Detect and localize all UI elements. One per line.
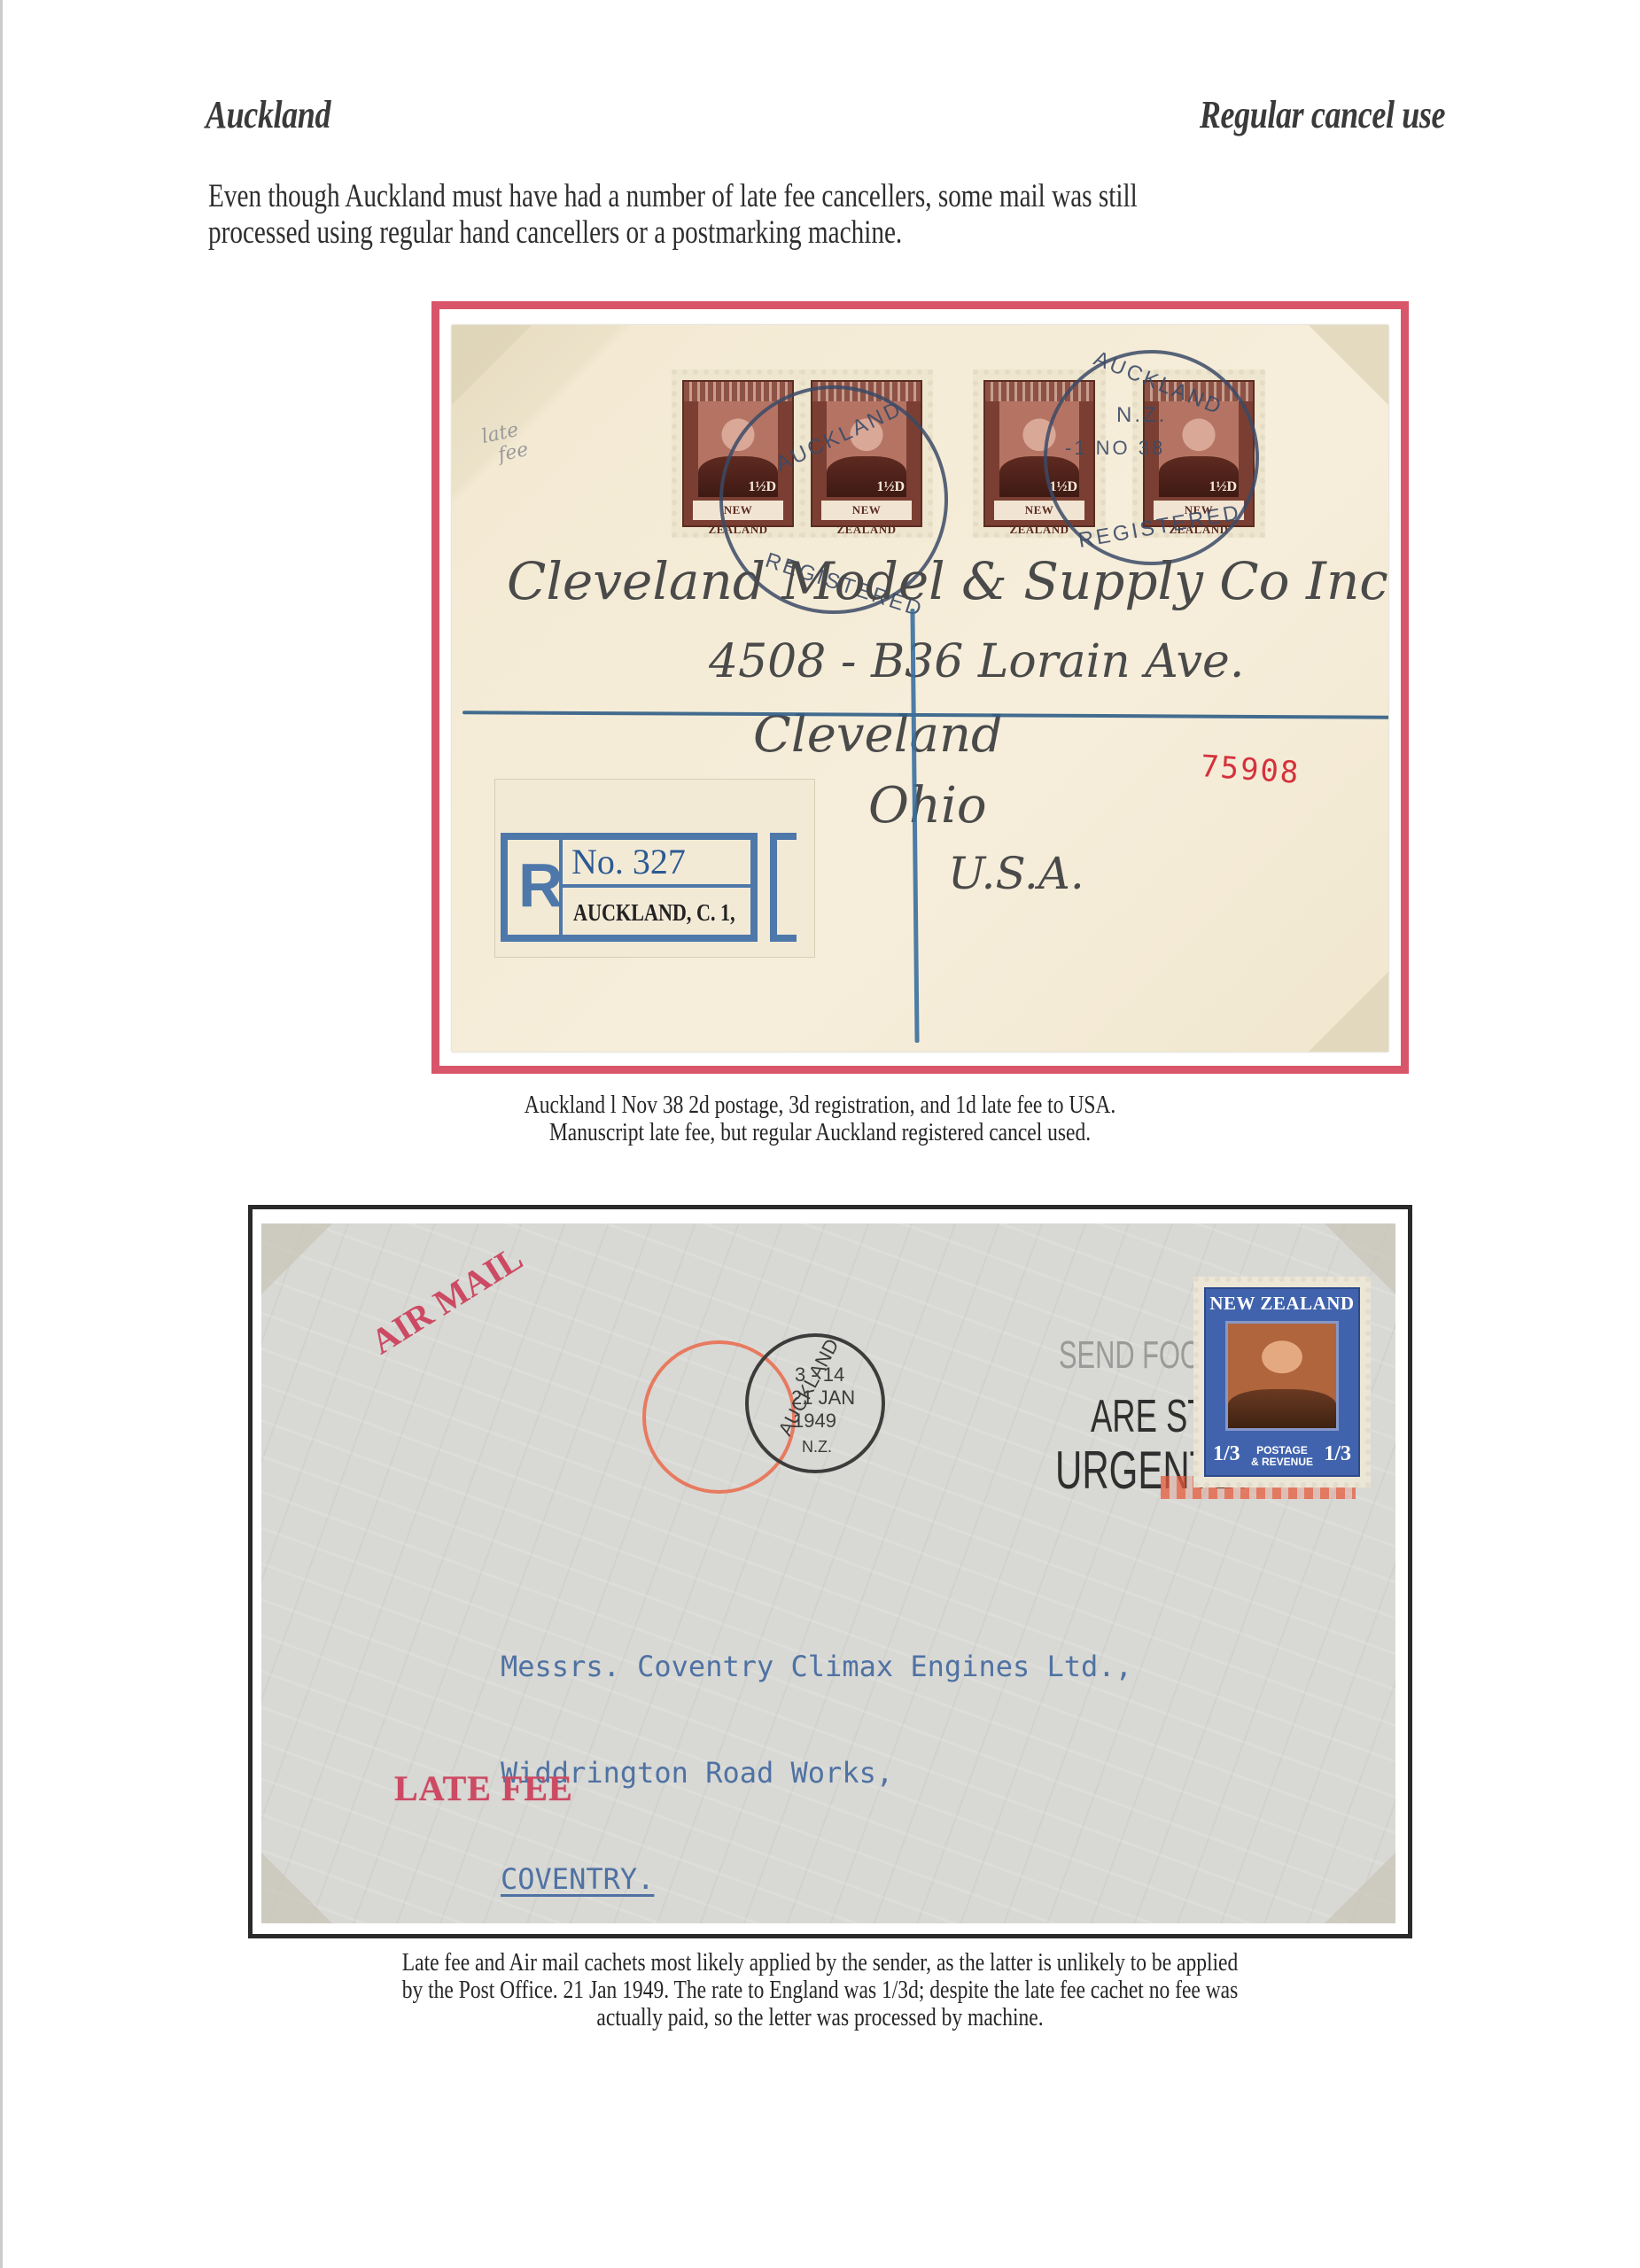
registration-label: R No. 327 AUCKLAND, C. 1,: [494, 779, 815, 958]
typed-address: Messrs. Coventry Climax Engines Ltd., Wi…: [501, 1578, 1132, 1923]
address-line: Messrs. Coventry Climax Engines Ltd.,: [501, 1649, 1132, 1684]
cover-2-envelope: AIR MAIL AUCKLAND 3 - 14 21 JAN 1949 N.Z…: [261, 1223, 1395, 1923]
registration-label-stub: [770, 833, 797, 942]
stamp-value: 1/3: [1213, 1442, 1240, 1466]
mount-corner: [452, 325, 532, 405]
stamp-kgvi-1s3d: NEW ZEALAND 1/3 1/3 POSTAGE & REVENUE: [1193, 1277, 1371, 1487]
page-title-right: Regular cancel use: [1200, 92, 1445, 137]
cover-1-frame: late fee 1½D NEW ZEALAND 1½D NEW ZEALAND…: [431, 301, 1409, 1074]
cover-1-caption: Auckland l Nov 38 2d postage, 3d registr…: [0, 1091, 1640, 1146]
stamp-value: 1/3: [1324, 1442, 1351, 1466]
caption-line: Manuscript late fee, but regular Aucklan…: [131, 1119, 1509, 1146]
caption-line: Late fee and Air mail cachets most likel…: [131, 1949, 1509, 1977]
registration-label-box: R No. 327 AUCKLAND, C. 1,: [501, 833, 758, 942]
cancel-date: 21 JAN: [791, 1386, 855, 1410]
address-line: Widdrington Road Works,: [501, 1755, 1132, 1790]
cover-1-envelope: late fee 1½D NEW ZEALAND 1½D NEW ZEALAND…: [452, 325, 1388, 1052]
red-registration-number: 75908: [1200, 749, 1302, 791]
registration-number: No. 327: [571, 840, 686, 884]
address-line: Cleveland Model & Supply Co Inc.: [507, 551, 1388, 611]
mount-corner: [261, 1852, 332, 1923]
stamp-country: NEW ZEALAND: [1206, 1293, 1358, 1315]
intro-line: Even though Auckland must have had a num…: [208, 178, 1183, 214]
inscription-line: & REVENUE: [1251, 1456, 1313, 1468]
auckland-machine-cancel: AUCKLAND 3 - 14 21 JAN 1949 N.Z.: [745, 1333, 885, 1473]
mount-corner: [1309, 325, 1388, 405]
caption-line: actually paid, so the letter was process…: [131, 2004, 1509, 2031]
stamp-inscription: POSTAGE & REVENUE: [1250, 1445, 1314, 1468]
address-line: Ohio: [868, 777, 987, 835]
mount-corner: [1309, 972, 1388, 1052]
caption-line: Auckland l Nov 38 2d postage, 3d registr…: [131, 1091, 1509, 1119]
address-line: COVENTRY.: [501, 1862, 654, 1896]
cancel-country: N.Z.: [802, 1438, 832, 1456]
cancel-right-date: -1 NO 38: [1065, 437, 1165, 460]
address-line: U.S.A.: [948, 848, 1084, 899]
pencil-late-fee-note: late fee: [480, 419, 531, 470]
cover-2-frame: AIR MAIL AUCKLAND 3 - 14 21 JAN 1949 N.Z…: [248, 1205, 1412, 1938]
cancel-right-middle-text: N.Z.: [1116, 403, 1167, 428]
caption-line: by the Post Office. 21 Jan 1949. The rat…: [131, 1977, 1509, 2004]
registration-office: AUCKLAND, C. 1,: [573, 891, 735, 934]
intro-paragraph: Even though Auckland must have had a num…: [208, 178, 1442, 251]
mount-corner: [1325, 1852, 1395, 1923]
inscription-line: POSTAGE: [1256, 1444, 1308, 1456]
cancel-year: 1949: [793, 1410, 836, 1433]
mount-corner: [261, 1223, 332, 1294]
cancel-time: 3 - 14: [795, 1363, 844, 1386]
registration-letter: R: [518, 854, 564, 916]
cover-2-caption: Late fee and Air mail cachets most likel…: [0, 1949, 1640, 2031]
page-title-left: Auckland: [206, 92, 330, 137]
air-mail-cachet: AIR MAIL: [363, 1237, 530, 1363]
late-fee-cachet: LATE FEE: [394, 1767, 573, 1809]
intro-line: processed using regular hand cancellers …: [208, 214, 1183, 251]
address-line: 4508 - B36 Lorain Ave.: [709, 635, 1244, 688]
